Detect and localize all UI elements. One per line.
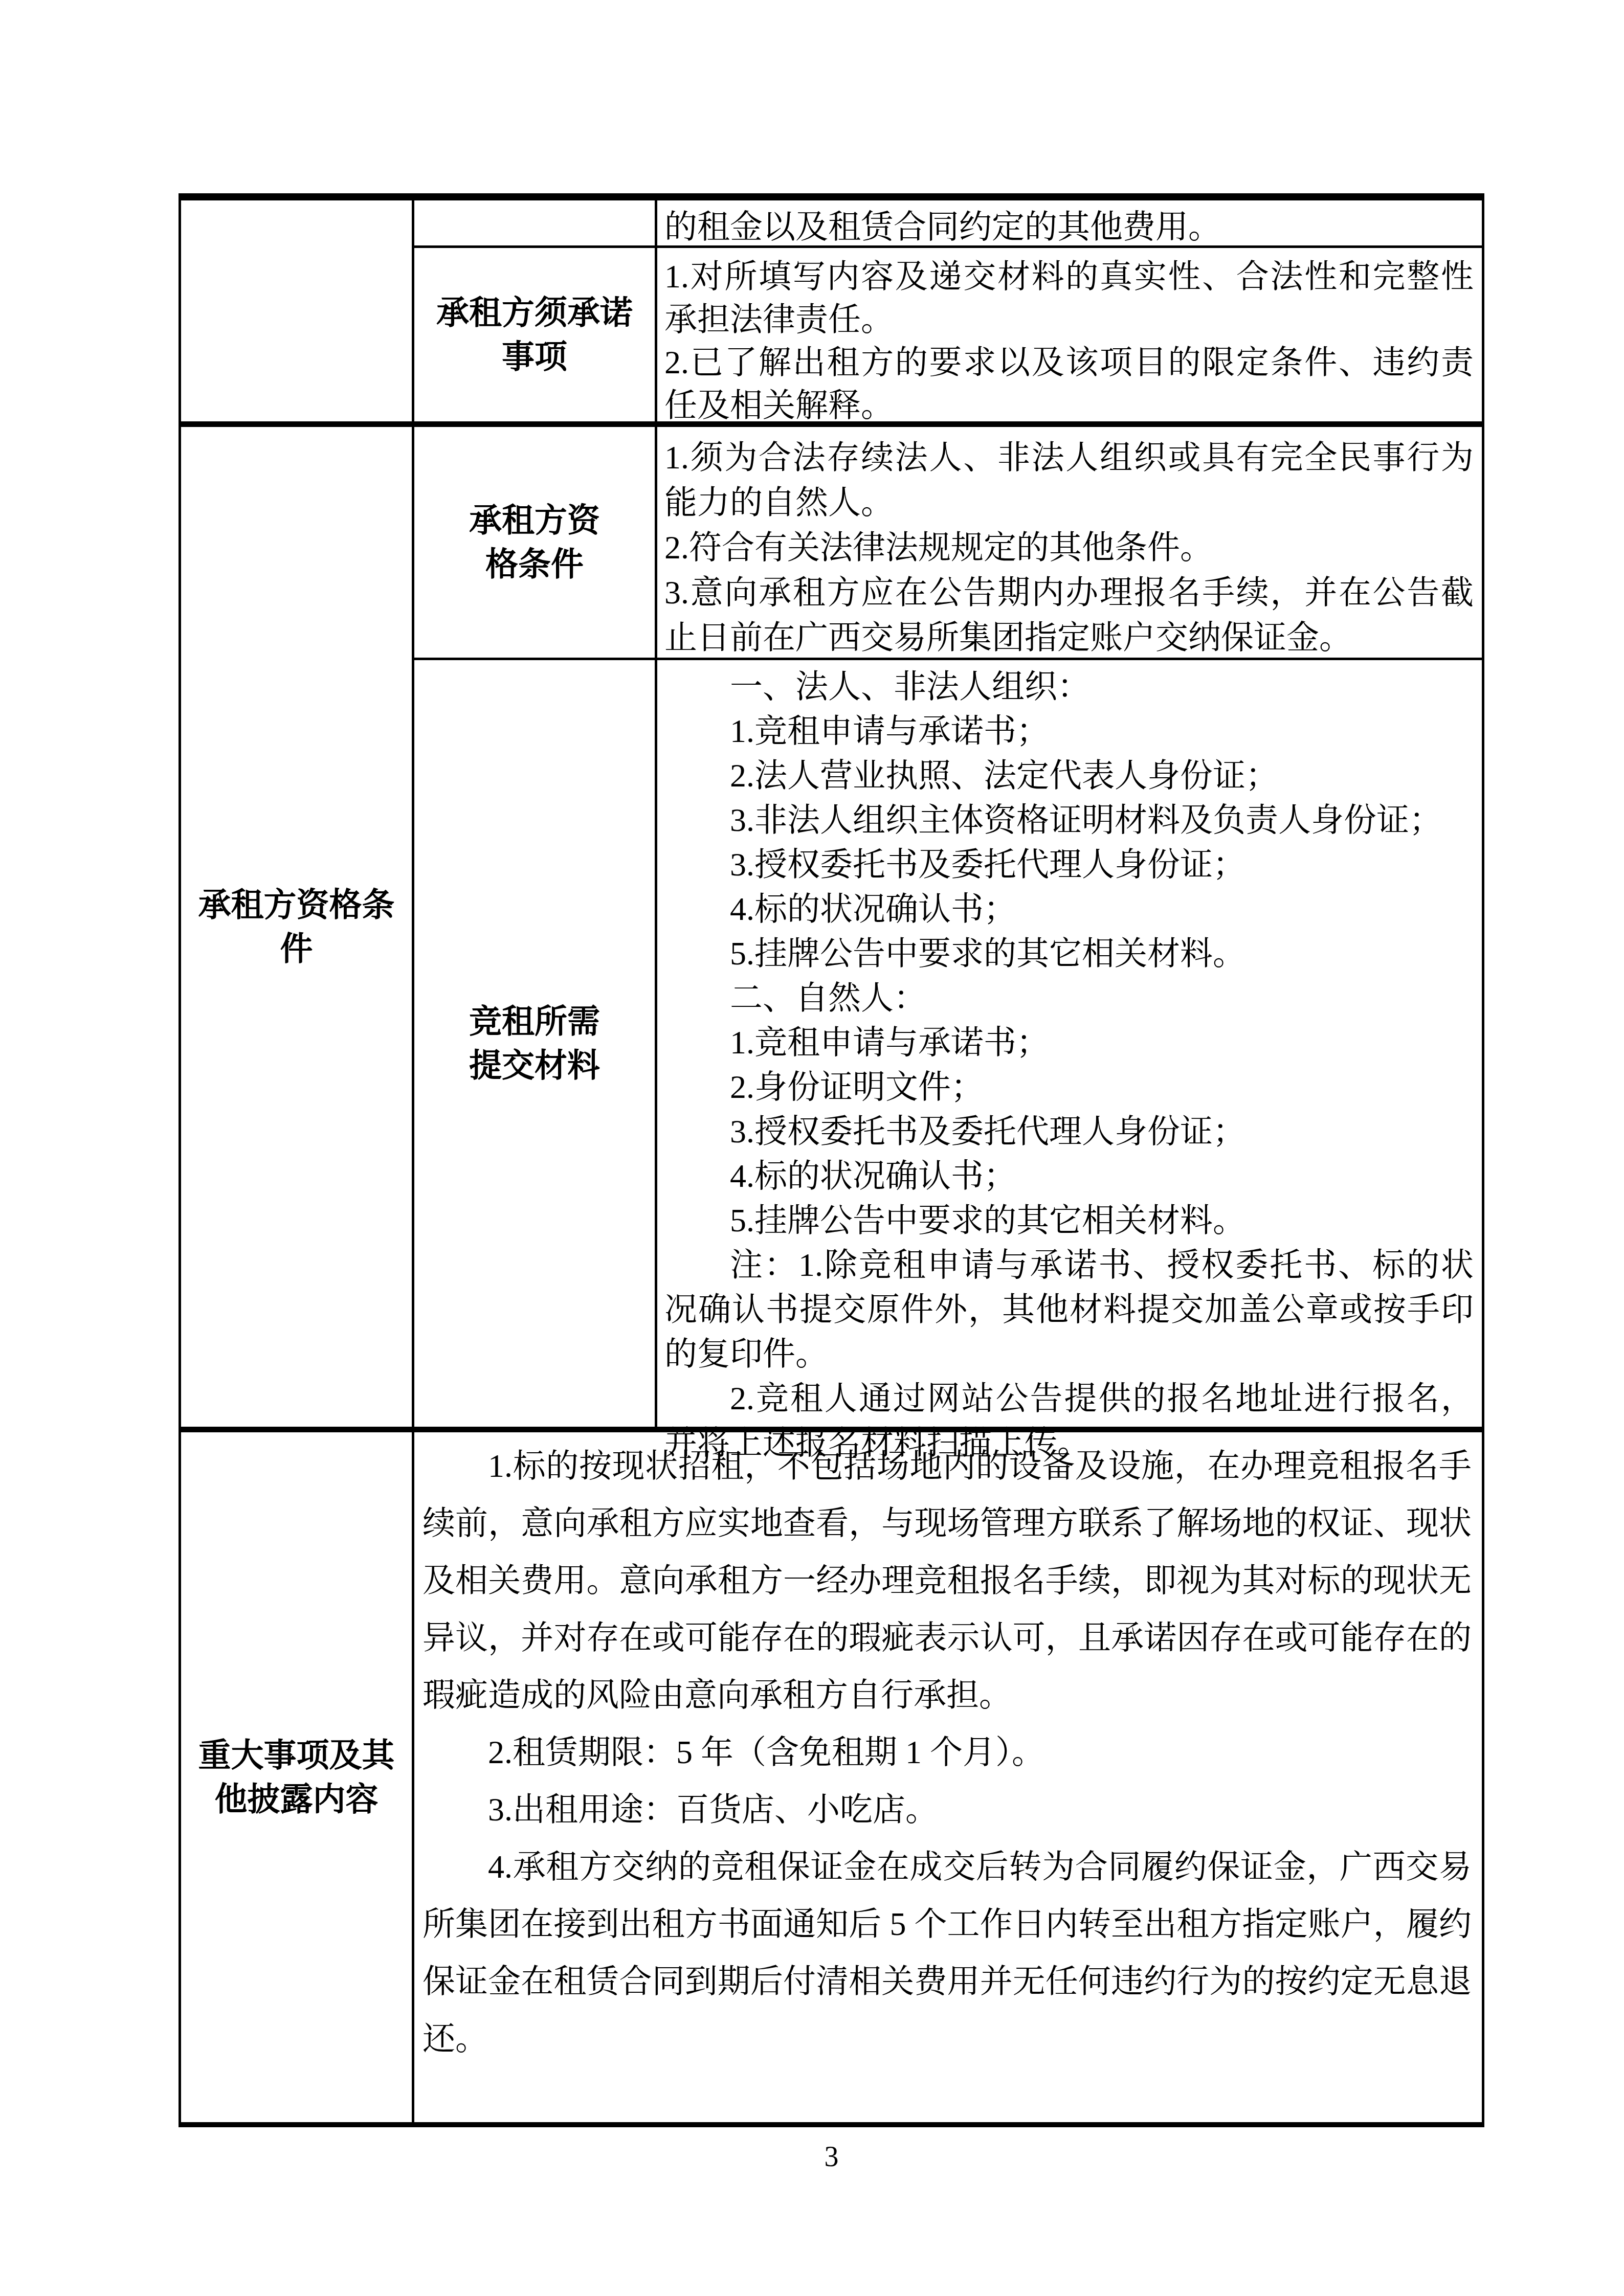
condition-item: 2.符合有关法律法规规定的其他条件。 xyxy=(664,525,1474,570)
commitments-content-cell: 1.对所填写内容及递交材料的真实性、合法性和完整性承担法律责任。 2.已了解出租… xyxy=(657,248,1482,421)
materials-line: 5.挂牌公告中要求的其它相关材料。 xyxy=(664,1198,1474,1243)
table-border-bottom xyxy=(179,2122,1484,2127)
table-border-right xyxy=(1482,193,1484,2127)
major-items-content-cell: 1.标的按现状招租，不包括场地内的设备及设施，在办理竞租报名手续前，意向承租方应… xyxy=(414,1432,1482,2122)
conditions-header-cell: 承租方资 格条件 xyxy=(414,427,655,658)
commitments-header-cell: 承租方须承诺事项 xyxy=(414,248,655,421)
commitments-header-text: 承租方须承诺事项 xyxy=(422,291,647,379)
major-items-header-text: 重大事项及其他披露内容 xyxy=(184,1734,409,1821)
commitment-item: 1.对所填写内容及递交材料的真实性、合法性和完整性承担法律责任。 xyxy=(664,255,1474,341)
materials-line: 1.竞租申请与承诺书； xyxy=(664,1020,1474,1065)
continuation-text: 的租金以及租赁合同约定的其他费用。 xyxy=(664,205,1474,250)
major-item-paragraph: 4.承租方交纳的竞租保证金在成交后转为合同履约保证金，广西交易所集团在接到出租方… xyxy=(422,1838,1472,2067)
materials-header-cell: 竞租所需 提交材料 xyxy=(414,660,655,1427)
conditions-content-cell: 1.须为合法存续法人、非法人组织或具有完全民事行为能力的自然人。 2.符合有关法… xyxy=(657,427,1482,658)
major-items-header-cell: 重大事项及其他披露内容 xyxy=(181,1432,412,2122)
document-page: 的租金以及租赁合同约定的其他费用。 承租方须承诺事项 1.对所填写内容及递交材料… xyxy=(0,0,1624,2296)
materials-line: 二、自然人： xyxy=(664,976,1474,1020)
conditions-header-line: 格条件 xyxy=(485,543,584,587)
major-item-paragraph: 3.出租用途：百货店、小吃店。 xyxy=(422,1781,1472,1838)
page-number: 3 xyxy=(179,2142,1484,2172)
table-border-top xyxy=(179,193,1484,200)
materials-line: 3.授权委托书及委托代理人身份证； xyxy=(664,842,1474,887)
conditions-header-line: 承租方资 xyxy=(469,499,600,543)
materials-note: 注：1.除竞租申请与承诺书、授权委托书、标的状况确认书提交原件外，其他材料提交加… xyxy=(664,1243,1474,1376)
materials-line: 2.身份证明文件； xyxy=(664,1065,1474,1109)
materials-header-line: 提交材料 xyxy=(469,1044,600,1088)
materials-line: 3.授权委托书及委托代理人身份证； xyxy=(664,1109,1474,1154)
materials-line: 3.非法人组织主体资格证明材料及负责人身份证； xyxy=(664,798,1474,842)
condition-item: 3.意向承租方应在公告期内办理报名手续，并在公告截止日前在广西交易所集团指定账户… xyxy=(664,570,1474,660)
qualification-section-header-text: 承租方资格条件 xyxy=(184,883,409,971)
materials-line: 一、法人、非法人组织： xyxy=(664,664,1474,709)
materials-line: 2.法人营业执照、法定代表人身份证； xyxy=(664,753,1474,798)
materials-line: 1.竞租申请与承诺书； xyxy=(664,709,1474,753)
materials-header-line: 竞租所需 xyxy=(469,1000,600,1044)
commitment-item: 2.已了解出租方的要求以及该项目的限定条件、违约责任及相关解释。 xyxy=(664,341,1474,427)
materials-line: 4.标的状况确认书； xyxy=(664,887,1474,931)
condition-item: 1.须为合法存续法人、非法人组织或具有完全民事行为能力的自然人。 xyxy=(664,435,1474,525)
materials-line: 4.标的状况确认书； xyxy=(664,1154,1474,1198)
continuation-content-cell: 的租金以及租赁合同约定的其他费用。 xyxy=(657,200,1482,245)
materials-content-cell: 一、法人、非法人组织： 1.竞租申请与承诺书； 2.法人营业执照、法定代表人身份… xyxy=(657,660,1482,1427)
qualification-section-header-cell: 承租方资格条件 xyxy=(181,427,412,1427)
major-item-paragraph: 1.标的按现状招租，不包括场地内的设备及设施，在办理竞租报名手续前，意向承租方应… xyxy=(422,1437,1472,1724)
major-item-paragraph: 2.租赁期限：5 年（含免租期 1 个月）。 xyxy=(422,1724,1472,1781)
materials-line: 5.挂牌公告中要求的其它相关材料。 xyxy=(664,931,1474,976)
